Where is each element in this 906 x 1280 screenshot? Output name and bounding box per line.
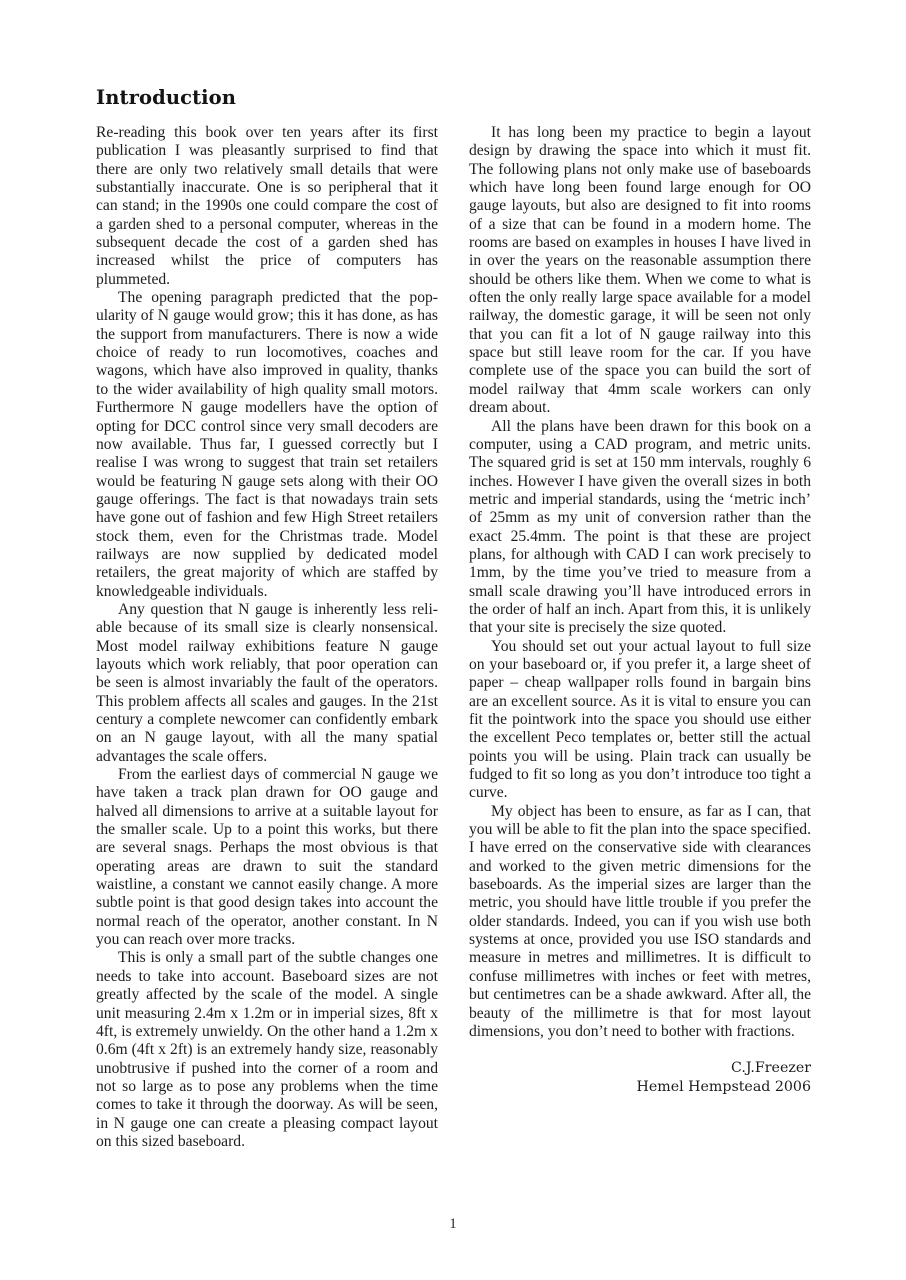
- page-title: Introduction: [96, 86, 236, 109]
- paragraph: This is only a small part of the subtle …: [96, 949, 438, 1151]
- left-column: Re-reading this book over ten years afte…: [96, 124, 438, 1151]
- paragraph: Any question that N gauge is inherently …: [96, 601, 438, 766]
- signature-block: C.J.Freezer Hemel Hempstead 2006: [469, 1059, 811, 1096]
- paragraph: The opening paragraph predicted that the…: [96, 289, 438, 601]
- paragraph: From the earliest days of commercial N g…: [96, 766, 438, 949]
- paragraph: It has long been my practice to begin a …: [469, 124, 811, 418]
- paragraph: All the plans have been drawn for this b…: [469, 418, 811, 638]
- document-page: Introduction Re-reading this book over t…: [0, 0, 906, 1280]
- place-date: Hemel Hempstead 2006: [469, 1078, 811, 1097]
- author-name: C.J.Freezer: [469, 1059, 811, 1078]
- paragraph: Re-reading this book over ten years afte…: [96, 124, 438, 289]
- right-column: It has long been my practice to begin a …: [469, 124, 811, 1096]
- paragraph: You should set out your actual layout to…: [469, 638, 811, 803]
- page-number: 1: [0, 1216, 906, 1233]
- paragraph: My object has been to ensure, as far as …: [469, 803, 811, 1041]
